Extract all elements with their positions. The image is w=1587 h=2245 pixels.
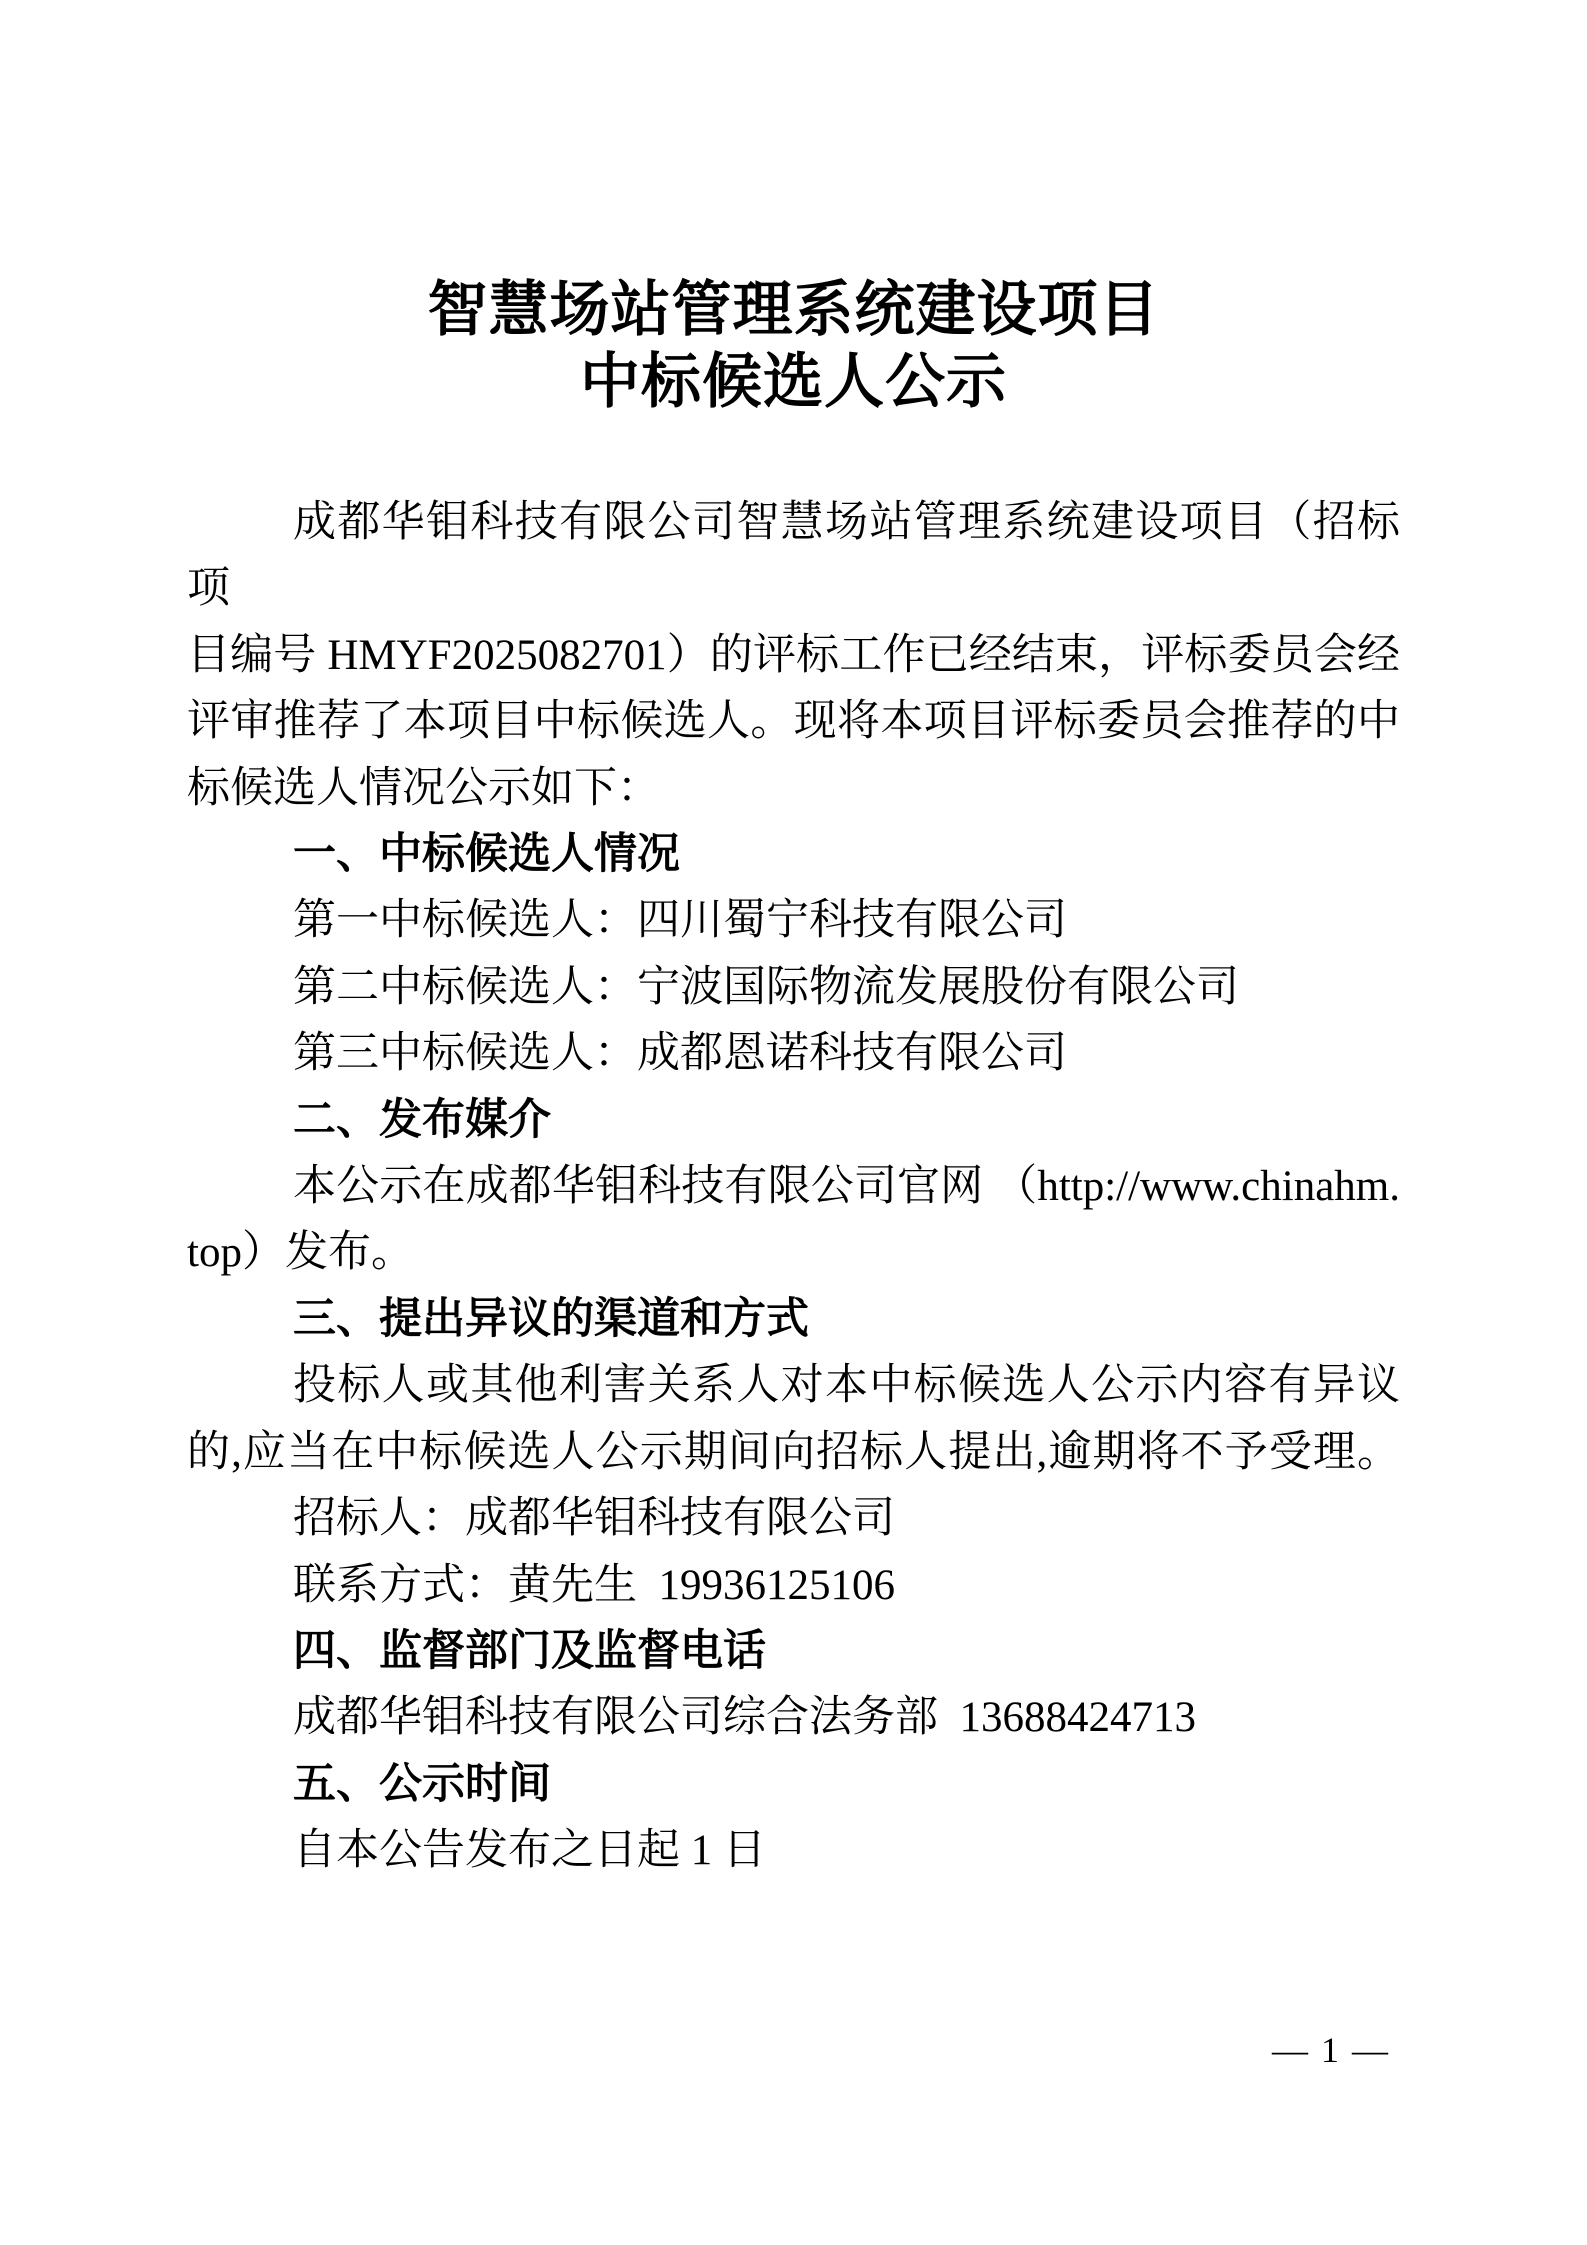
document-body: 成都华钼科技有限公司智慧场站管理系统建设项目（招标项 目编号 HMYF20250… xyxy=(187,490,1400,1885)
objection-line-1: 投标人或其他利害关系人对本中标候选人公示内容有异议 xyxy=(187,1353,1400,1419)
document-title: 智慧场站管理系统建设项目 中标候选人公示 xyxy=(187,274,1400,418)
intro-line-2: 目编号 HMYF2025082701）的评标工作已经结束，评标委员会经 xyxy=(187,623,1400,689)
supervision-line: 成都华钼科技有限公司综合法务部 13688424713 xyxy=(187,1685,1400,1751)
tenderee-line: 招标人：成都华钼科技有限公司 xyxy=(187,1486,1400,1552)
intro-line-4: 标候选人情况公示如下： xyxy=(187,756,1400,822)
publicity-period-line: 自本公告发布之日起 1 日 xyxy=(187,1818,1400,1884)
media-line-1: 本公示在成都华钼科技有限公司官网 （http://www.chinahm. xyxy=(187,1154,1400,1220)
section-4-heading: 四、监督部门及监督电话 xyxy=(187,1619,1400,1685)
first-candidate-line: 第一中标候选人：四川蜀宁科技有限公司 xyxy=(187,888,1400,954)
objection-line-2: 的,应当在中标候选人公示期间向招标人提出,逾期将不予受理。 xyxy=(187,1420,1400,1486)
intro-line-1: 成都华钼科技有限公司智慧场站管理系统建设项目（招标项 xyxy=(187,490,1400,623)
section-2-heading: 二、发布媒介 xyxy=(187,1088,1400,1154)
section-5-heading: 五、公示时间 xyxy=(187,1752,1400,1818)
second-candidate-line: 第二中标候选人：宁波国际物流发展股份有限公司 xyxy=(187,955,1400,1021)
document-title-line-1: 智慧场站管理系统建设项目 xyxy=(187,274,1400,346)
contact-line: 联系方式：黄先生 19936125106 xyxy=(187,1553,1400,1619)
media-line-2: top）发布。 xyxy=(187,1220,1400,1286)
document-page: 智慧场站管理系统建设项目 中标候选人公示 成都华钼科技有限公司智慧场站管理系统建… xyxy=(0,0,1587,2245)
page-number: — 1 — xyxy=(1272,2030,1390,2070)
document-title-line-2: 中标候选人公示 xyxy=(187,346,1400,418)
section-3-heading: 三、提出异议的渠道和方式 xyxy=(187,1287,1400,1353)
intro-line-3: 评审推荐了本项目中标候选人。现将本项目评标委员会推荐的中 xyxy=(187,689,1400,755)
third-candidate-line: 第三中标候选人：成都恩诺科技有限公司 xyxy=(187,1021,1400,1087)
section-1-heading: 一、中标候选人情况 xyxy=(187,822,1400,888)
